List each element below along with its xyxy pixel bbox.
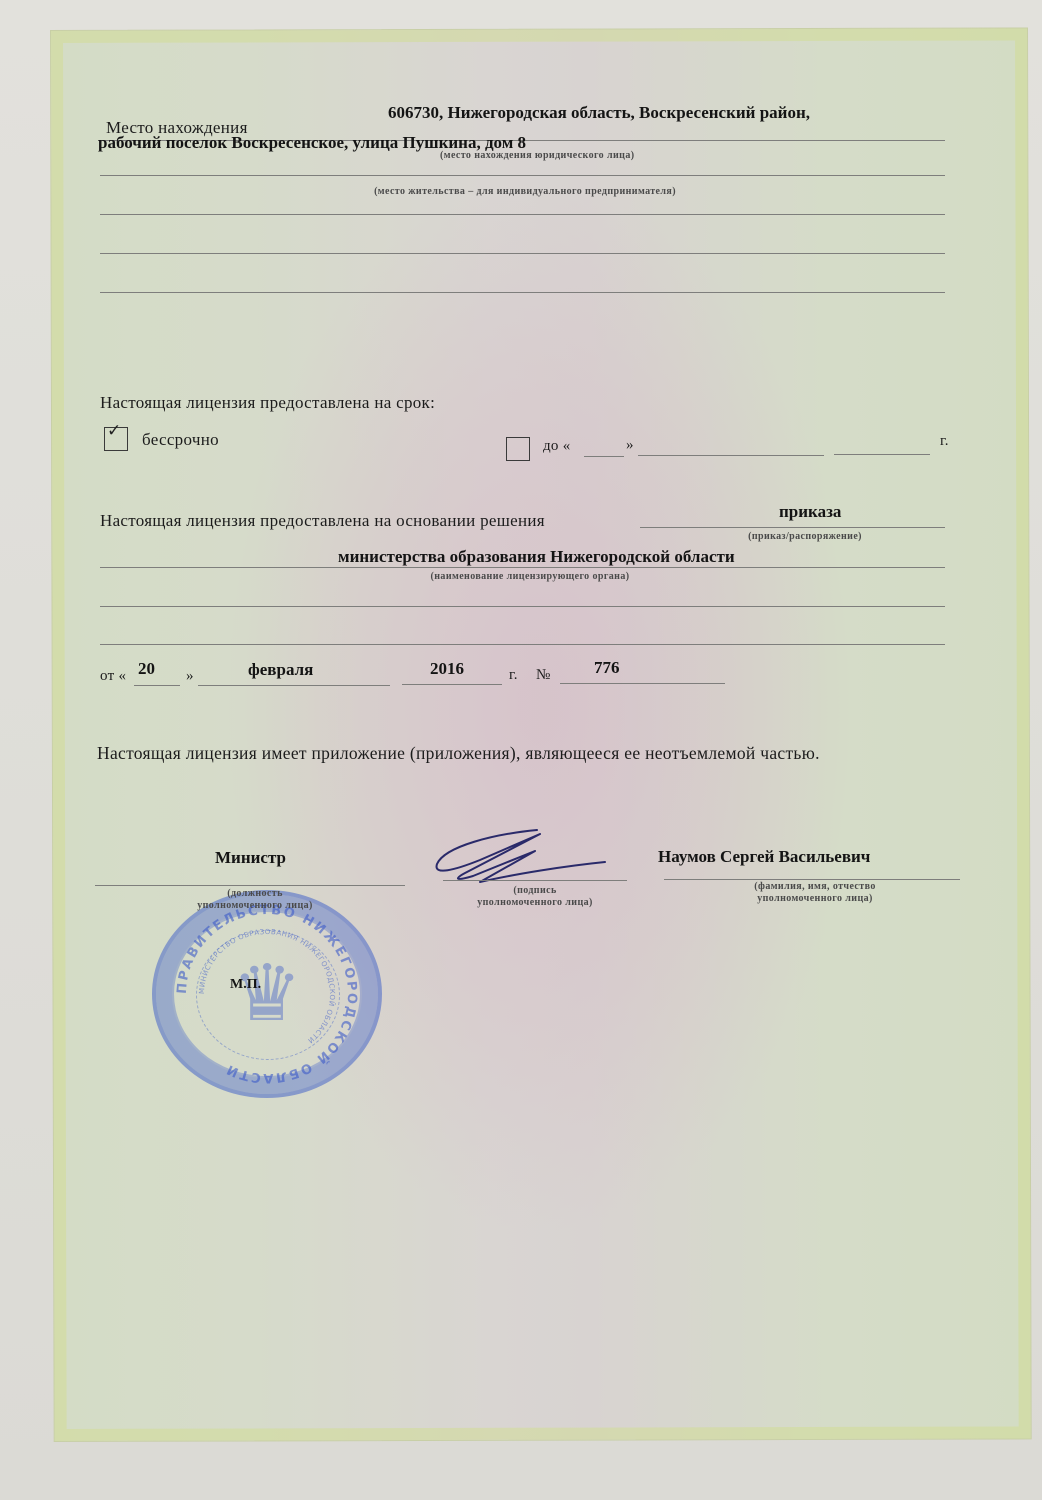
basis-decision-rule [640,527,945,528]
signature-caption-line-1: (подпись [450,885,620,897]
blank-rule-2 [100,253,945,254]
name-caption-line-1: (фамилия, имя, отчество [720,881,910,893]
order-number-rule [560,683,725,684]
order-month-rule [198,685,390,686]
seal-inner-text: МИНИСТЕРСТВО ОБРАЗОВАНИЯ НИЖЕГОРОДСКОЙ О… [198,928,337,1045]
position-rule [95,885,405,886]
checkmark-icon: ✓ [107,421,121,441]
order-year-suffix: г. [509,667,518,684]
official-seal: ♛ ПРАВИТЕЛЬСТВО НИЖЕГОРОДСКОЙ ОБЛАСТИ МИ… [152,890,382,1098]
term-month-rule [638,455,824,456]
order-number-sign: № [536,667,551,684]
order-day: 20 [138,659,155,679]
seal-placement-label: М.П. [230,977,261,993]
license-sheet [50,27,1032,1442]
order-year: 2016 [430,659,464,679]
basis-blank-rule-1 [100,606,945,607]
order-day-rule [134,685,180,686]
term-year-suffix: г. [940,433,949,450]
address-rule-2 [100,175,945,176]
signatory-name: Наумов Сергей Васильевич [658,847,870,867]
position-caption-line-2: уполномоченного лица) [170,900,340,912]
term-until-prefix: до « [543,438,571,455]
basis-authority: министерства образования Нижегородской о… [338,547,735,567]
term-label: Настоящая лицензия предоставлена на срок… [100,393,435,413]
address-line-1: 606730, Нижегородская область, Воскресен… [388,103,810,123]
signature-caption: (подпись уполномоченного лица) [450,885,620,909]
order-number: 776 [594,658,620,678]
blank-rule-3 [100,292,945,293]
basis-decision-type: приказа [779,502,841,522]
signature [425,826,615,886]
basis-decision-caption: (приказ/распоряжение) [720,531,890,542]
name-caption: (фамилия, имя, отчество уполномоченного … [720,881,910,905]
name-caption-line-2: уполномоченного лица) [720,893,910,905]
signature-caption-line-2: уполномоченного лица) [450,897,620,909]
basis-authority-caption: (наименование лицензирующего органа) [400,571,660,582]
basis-authority-rule [100,567,945,568]
position-caption-line-1: (должность [170,888,340,900]
seal-text: ПРАВИТЕЛЬСТВО НИЖЕГОРОДСКОЙ ОБЛАСТИ МИНИ… [156,894,378,1094]
signature-rule [443,880,627,881]
address-caption-individual: (место жительства – для индивидуального … [300,186,750,197]
basis-blank-rule-2 [100,644,945,645]
basis-label: Настоящая лицензия предоставлена на осно… [100,511,545,531]
appendix-note: Настоящая лицензия имеет приложение (при… [97,743,820,764]
order-from-prefix: от « [100,668,126,685]
signatory-position: Министр [215,848,286,868]
position-caption: (должность уполномоченного лица) [170,888,340,912]
order-year-rule [402,684,502,685]
term-year-rule [834,454,930,455]
checkbox-until-date[interactable] [506,437,530,461]
term-until-suffix: » [626,437,634,454]
order-day-close: » [186,668,194,685]
term-unlimited-label: бессрочно [142,430,219,450]
svg-text:МИНИСТЕРСТВО ОБРАЗОВАНИЯ НИЖЕГ: МИНИСТЕРСТВО ОБРАЗОВАНИЯ НИЖЕГОРОДСКОЙ О… [198,928,337,1045]
checkbox-unlimited[interactable]: ✓ [104,427,128,451]
order-month: февраля [248,660,313,680]
term-day-rule [584,456,624,457]
name-rule [664,879,960,880]
address-caption-legal: (место нахождения юридического лица) [440,150,820,161]
blank-rule-1 [100,214,945,215]
